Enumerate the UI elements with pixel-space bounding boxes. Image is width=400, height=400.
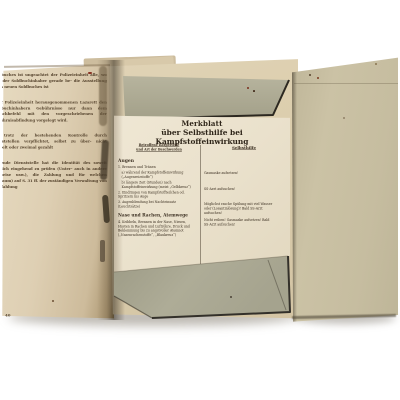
left-page-paragraph: Soldbuches ist ungeachtet der Polizeiein… xyxy=(2,72,107,90)
page-number: 40 xyxy=(5,303,35,322)
speck xyxy=(230,296,232,298)
left-page-paragraph: einer Polizeieinheit herausgenommenen La… xyxy=(2,99,107,123)
symptom-item: 1. Brennen und Tränen xyxy=(118,165,197,169)
section-heading-nase: Nase und Rachen, Atemwege xyxy=(118,213,197,219)
merkblatt-leaflet: Merkblatt über Selbsthilfe bei Kampfstof… xyxy=(114,115,290,275)
speck xyxy=(375,63,377,65)
symptom-item: 3. Augenblendung bei Nachteinsatz (Leuch… xyxy=(118,200,197,209)
binding-tear xyxy=(100,240,105,262)
header-left-line2: und Art der Beschwerden xyxy=(136,147,182,151)
header-left-line1: Betroffene Körperteile xyxy=(139,143,180,147)
speck xyxy=(343,117,345,119)
cover-horizontal-crease xyxy=(294,83,400,84)
section-heading-augen: Augen xyxy=(118,158,197,164)
header-right-text: Selbsthilfe xyxy=(232,145,256,150)
photo-of-open-soldbuch: Soldbuches ist ungeachtet der Polizeiein… xyxy=(0,0,400,400)
speck xyxy=(52,300,54,302)
envelope-flap xyxy=(118,72,294,122)
speck xyxy=(317,77,319,79)
envelope-pocket xyxy=(110,252,292,322)
page-number-text: 40 xyxy=(5,313,11,318)
symptom-item: 4. Kribbeln, Brennen in der Nase, Niesen… xyxy=(118,220,197,238)
folder-back-cover xyxy=(292,55,398,323)
left-page-paragraph: ist trotz der bestehenden Kontrolle durc… xyxy=(2,133,107,151)
symptom-item: 2. Eindringen von Kampfstoffteilchen od.… xyxy=(118,190,197,199)
left-page-paragraph: zahlende Dienststelle hat die Identität … xyxy=(2,160,107,190)
speck xyxy=(253,90,255,92)
binding-tear xyxy=(99,66,107,126)
symptom-item: b) längere Zeit (Stunden) nach Kampfstof… xyxy=(118,180,197,189)
speck xyxy=(88,72,92,74)
speck xyxy=(247,87,249,89)
symptom-item: a) während der Kampfstoffeinwirkung („Au… xyxy=(118,171,197,180)
speck xyxy=(309,74,311,76)
